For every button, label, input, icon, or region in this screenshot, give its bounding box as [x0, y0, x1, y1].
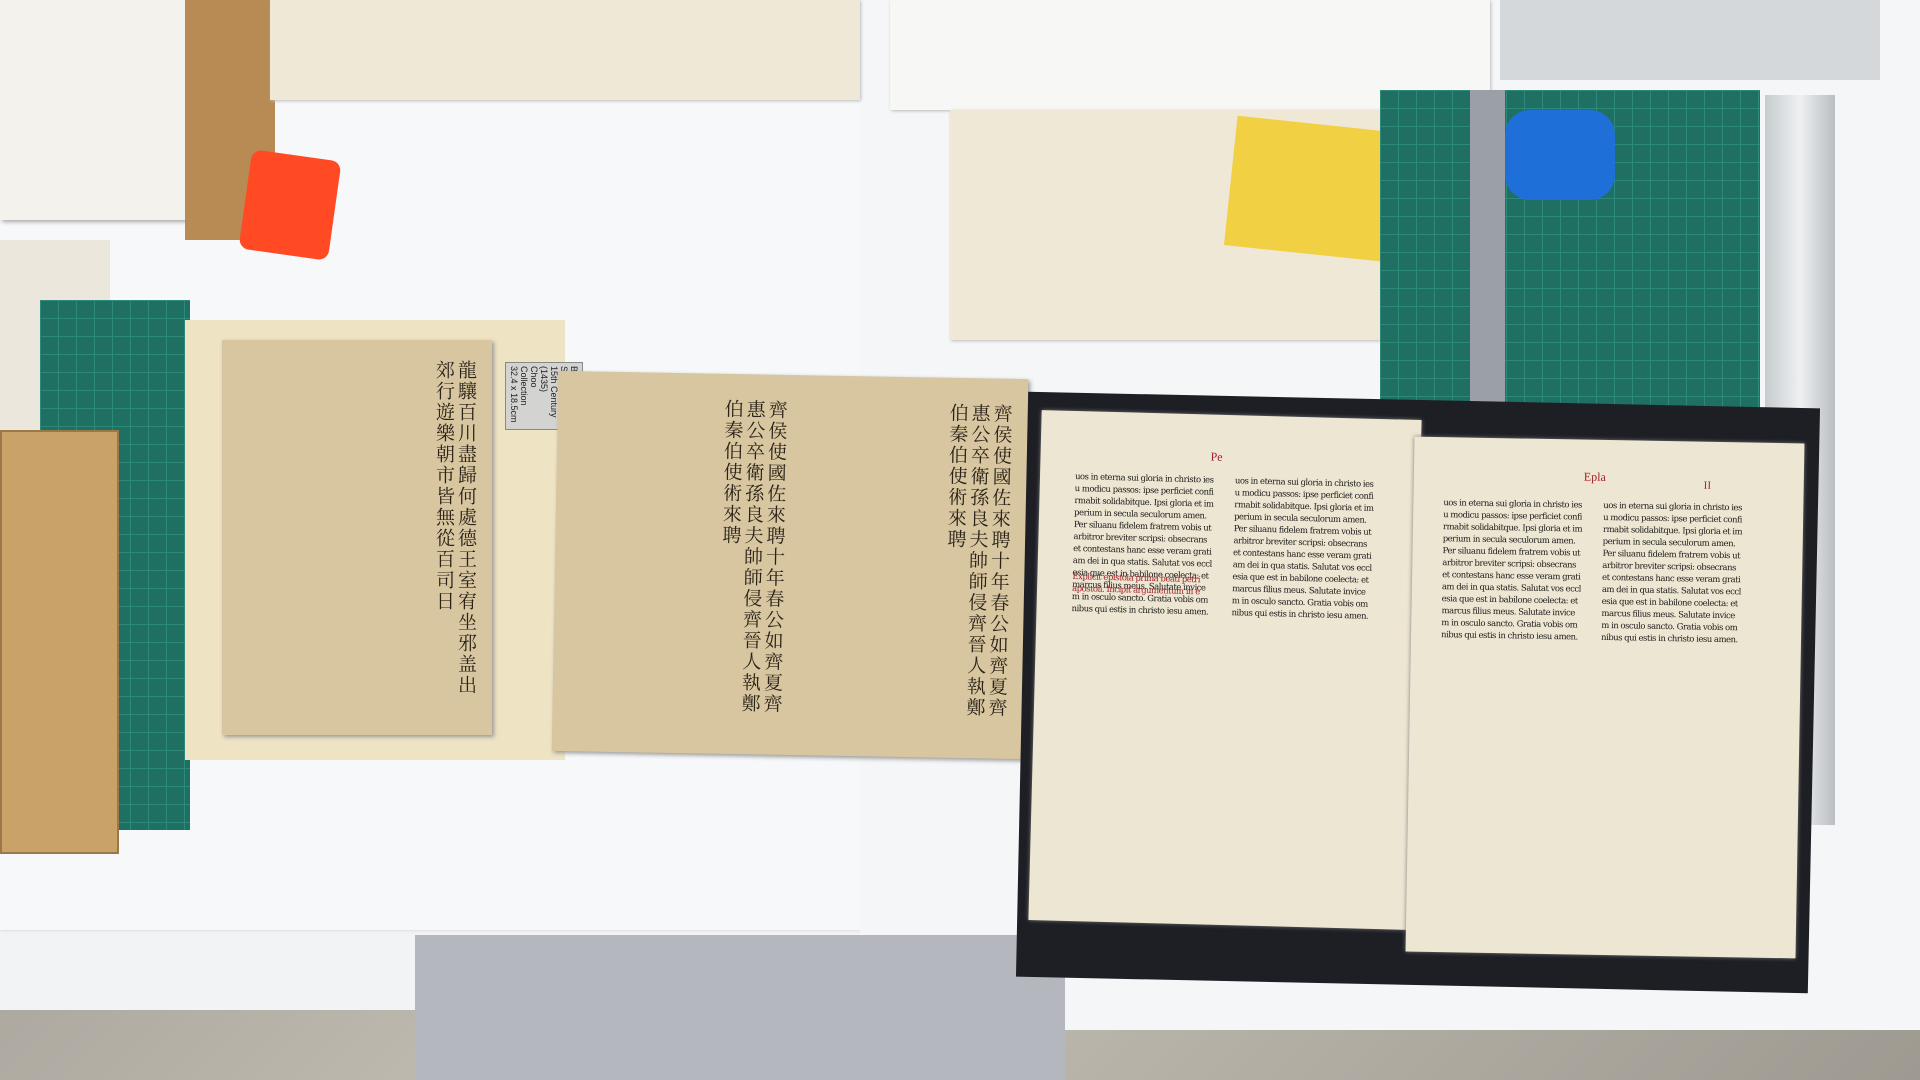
printed-papers: [0, 0, 210, 220]
wooden-blocks: [0, 430, 119, 854]
orange-weight-bag: [238, 149, 341, 261]
steel-ruler: [1470, 90, 1505, 420]
gutenberg-left-page: Pe uos in eterna sui gloria in christo i…: [1028, 410, 1421, 930]
metal-rail: [1500, 0, 1880, 80]
korean-single-leaf: 龍驤百川盡歸何處德王室宥坐邪盖出郊行遊樂朝市皆無從百司日: [222, 340, 492, 735]
grey-board: [415, 935, 1065, 1080]
paper-stack-top: [270, 0, 860, 100]
gutenberg-right-page: Epla II uos in eterna sui gloria in chri…: [1406, 437, 1805, 959]
korean-open-book: 齊侯使國佐來聘十年春公如齊夏齊惠公卒衛孫良夫帥師侵齊晉人執鄭伯秦伯使術來聘 齊侯…: [552, 371, 1029, 759]
blue-putty-balls: [1505, 110, 1615, 200]
